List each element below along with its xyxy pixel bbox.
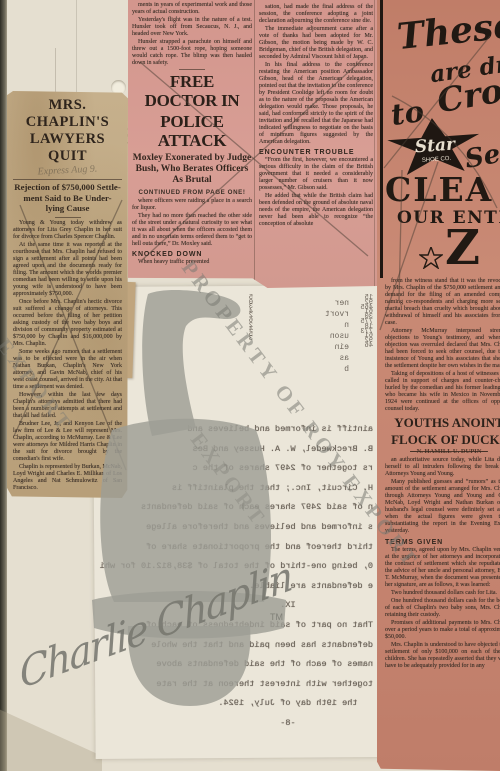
paragraph: One hundred thousand dollars cash for th… (385, 598, 500, 619)
pink-left-column: ments in years of experimental work and … (132, 2, 252, 267)
ad-script-these: These (395, 4, 500, 58)
article-body: ments in years of experimental work and … (132, 2, 252, 67)
typed-fragment: as (325, 353, 349, 364)
rule (179, 69, 205, 70)
subhead-knocked-down: KNOCKED DOWN (132, 251, 252, 258)
headline: POLICE ATTACK (132, 112, 252, 150)
ad-border (380, 0, 383, 278)
paragraph: Taking of depositions of a host of witne… (385, 371, 500, 413)
typed-number-column: 1592465613077518773619246 (360, 296, 373, 349)
column-rule (254, 0, 255, 282)
subheadline: Rejection of $750,000 Settle- ment Said … (13, 182, 122, 214)
subhead-line: Rejection of $750,000 Settle- (13, 182, 122, 193)
typed-line: third thereof and the proportionate shar… (103, 538, 373, 558)
typed-fragments: nerrvortnusoneinasb (325, 298, 349, 375)
headline: YOUTHS ANOINT (385, 416, 500, 430)
typed-number: 46 (360, 344, 373, 349)
typed-line: names of each of the said defendants abo… (103, 655, 373, 675)
paragraph: Hunsler strapped a parachute on himself … (132, 39, 252, 67)
article-body: “From the first, however, we encountered… (259, 157, 373, 228)
article-body: sation, had made the final address of th… (259, 4, 373, 146)
typed-fragment: ein (325, 342, 349, 353)
rule (55, 217, 81, 218)
headline: FREE DOCTOR IN (132, 72, 252, 110)
typed-fragment: uson (325, 331, 349, 342)
column-rule (374, 0, 375, 290)
article-body: from the witness stand that it was the r… (385, 278, 500, 413)
paragraph: where officers were raiding a place in a… (132, 198, 252, 212)
headline: MRS. CHAPLIN'S (13, 97, 122, 131)
struck-byline: —N. HAMILL U. DUPIN— (385, 448, 500, 455)
paragraph: They had no more than reached the other … (132, 213, 252, 248)
paragraph: from the witness stand that it was the r… (385, 278, 500, 327)
continued-line: CONTINUED FROM PAGE ONE! (132, 189, 252, 196)
album-binding-edge (0, 0, 7, 771)
paragraph: Once before Mrs. Chaplin's hectic divorc… (13, 299, 122, 348)
ad-clipping: These are dr Cro to Star SHOE CO. Se CLE… (377, 0, 500, 771)
typed-document-mirrored: nerrvortnusoneinasb 15924656130775187736… (103, 292, 375, 758)
rule (13, 179, 122, 180)
deck-line: Moxley Exonerated by Judge (132, 153, 252, 164)
paragraph: Mrs. Chaplin is understood to have objec… (385, 642, 500, 670)
paragraph: an authoritative source today, while Lit… (385, 457, 500, 478)
pink-right-column: sation, had made the final address of th… (259, 4, 373, 229)
typed-line: together with interest thereon at the ra… (103, 675, 373, 695)
subhead-line: lying Cause (13, 203, 122, 214)
typed-fragment: ner (325, 298, 349, 309)
headline: LAWYERS QUIT (13, 131, 122, 165)
typed-line: -8- (103, 714, 373, 734)
paragraph: In his final address to the conference r… (259, 62, 373, 146)
paragraph: “From the first, however, we encountered… (259, 157, 373, 192)
article-body: Young & Young today withdrew as attorney… (13, 220, 122, 492)
typed-fragment: n (325, 320, 349, 331)
pink-clipping: ments in years of experimental work and … (128, 0, 377, 290)
subhead-line: ment Said to Be Under- (13, 193, 122, 204)
paragraph: Yesterday's flight was in the nature of … (132, 17, 252, 38)
underlying-page-corner (0, 688, 102, 771)
typed-fragment: rvort (325, 309, 349, 320)
paragraph: The immediate adjournment came after a v… (259, 26, 373, 61)
headline: FLOCK OF DUCKS (385, 433, 500, 447)
typed-line: the 19th day of July, 1924. (103, 694, 373, 714)
page-crease (76, 0, 77, 92)
deck-line: As Brutal (132, 175, 252, 186)
typed-fragment: b (325, 364, 349, 375)
small-star-icon (419, 247, 443, 269)
paragraph: ments in years of experimental work and … (132, 2, 252, 16)
paragraph: sation, had made the final address of th… (259, 4, 373, 25)
scrapbook-page: Express Aug 9. nerrvortnusoneinasb 15924… (0, 0, 500, 771)
paragraph: Promises of additional payments to Mrs. … (385, 620, 500, 641)
article-body: an authoritative source today, while Lit… (385, 457, 500, 535)
trademark-icon: TM (270, 612, 283, 622)
deck: Moxley Exonerated by Judge Bush, Who Ber… (132, 153, 252, 186)
deck-line: Bush, Who Berates Officers (132, 164, 252, 175)
paragraph: Young & Young today withdrew as attorney… (13, 220, 122, 241)
ad-article: from the witness stand that it was the r… (385, 278, 500, 671)
left-clipping: MRS. CHAPLIN'S LAWYERS QUIT Express Aug … (7, 91, 128, 498)
star-logo-word: Star (414, 134, 456, 157)
paragraph: Two hundred thousand dollars cash for Li… (385, 590, 500, 597)
ad-clearance: CLEA (385, 170, 493, 209)
paragraph: Attorney McMurray interposed strenuous o… (385, 328, 500, 370)
typed-line: s informed and believes and therefore al… (103, 518, 373, 538)
ad-big-numeral: Z (445, 220, 480, 276)
paragraph: He added that while the British claim ha… (259, 193, 373, 228)
paragraph: At the same time it was reported at the … (13, 242, 122, 298)
article-body: where officers were raiding a place in a… (132, 198, 252, 248)
paragraph: Many published guesses and “rumors” as t… (385, 479, 500, 535)
subhead-encounter-trouble: ENCOUNTER TROUBLE (259, 149, 373, 156)
paragraph: Chaplin is represented by Burkan, McNab,… (13, 464, 122, 492)
